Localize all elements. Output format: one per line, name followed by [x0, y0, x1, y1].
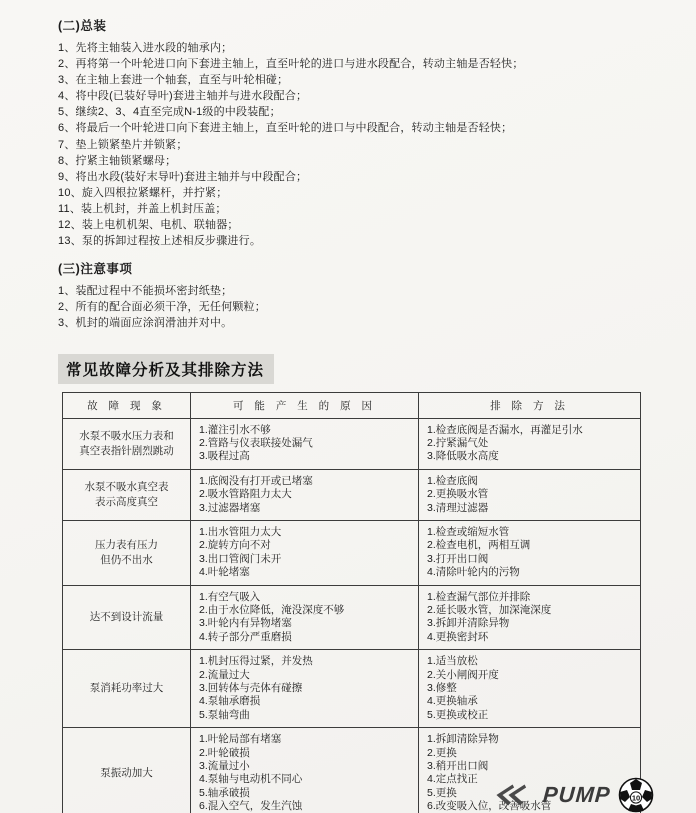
cell-remedies: 1.检查漏气部位并排除 2.延长吸水管，加深淹深度 3.拆卸并清除异物 4.更换…	[419, 585, 641, 650]
note-item: 3、机封的端面应涂润滑油并对中。	[58, 315, 646, 331]
brand-pump: PUMP	[543, 782, 612, 808]
cell-remedies: 1.检查或缩短水管 2.检查电机，两相互调 3.打开出口阀 4.清除叶轮内的污物	[419, 520, 641, 585]
section-notes: (三)注意事项 1、装配过程中不能损坏密封纸垫； 2、所有的配合面必须干净，无任…	[58, 259, 646, 331]
assembly-step: 4、将中段(已装好导叶)套进主轴并与进水段配合；	[58, 88, 646, 104]
table-row: 水泵不吸水真空表 表示高度真空 1.底阀没有打开或已堵塞 2.吸水管路阻力太大 …	[63, 469, 641, 520]
table-row: 达不到设计流量 1.有空气吸入 2.由于水位降低，淹没深度不够 3.叶轮内有异物…	[63, 585, 641, 650]
footer-logo: PUMP 10	[490, 777, 654, 813]
document-page: (二)总装 1、先将主轴装入进水段的轴承内； 2、再将第一个叶轮进口向下套进主轴…	[0, 0, 696, 813]
section-assembly: (二)总装 1、先将主轴装入进水段的轴承内； 2、再将第一个叶轮进口向下套进主轴…	[58, 16, 646, 249]
assembly-step: 9、将出水段(装好末导叶)套进主轴并与中段配合；	[58, 169, 646, 185]
cell-phenomenon: 压力表有压力 但仍不出水	[63, 520, 191, 585]
cell-phenomenon: 泵消耗功率过大	[63, 650, 191, 728]
cell-phenomenon: 泵振动加大	[63, 728, 191, 813]
assembly-step: 13、泵的拆卸过程按上述相反步骤进行。	[58, 233, 646, 249]
section-assembly-title: (二)总装	[58, 16, 646, 34]
assembly-step: 10、旋入四根拉紧螺杆，并拧紧；	[58, 185, 646, 201]
ball-number: 10	[632, 793, 640, 802]
header-causes: 可 能 产 生 的 原 因	[191, 392, 419, 418]
assembly-step: 5、继续2、3、4直至完成N-1级的中段装配；	[58, 104, 646, 120]
header-remedies: 排 除 方 法	[419, 392, 641, 418]
note-item: 1、装配过程中不能损坏密封纸垫；	[58, 283, 646, 299]
table-header-row: 故 障 现 象 可 能 产 生 的 原 因 排 除 方 法	[63, 392, 641, 418]
cell-phenomenon: 水泵不吸水真空表 表示高度真空	[63, 469, 191, 520]
double-chevron-left-icon	[490, 783, 536, 807]
assembly-step: 3、在主轴上套进一个轴套，直至与叶轮相碰；	[58, 72, 646, 88]
assembly-step: 2、再将第一个叶轮进口向下套进主轴上，直至叶轮的进口与进水段配合，转动主轴是否轻…	[58, 56, 646, 72]
cell-remedies: 1.检查底阀是否漏水，再灌足引水 2.拧紧漏气处 3.降低吸水高度	[419, 418, 641, 469]
assembly-step: 6、将最后一个叶轮进口向下套进主轴上，直至叶轮的进口与中段配合，转动主轴是否轻快…	[58, 120, 646, 136]
table-row: 泵消耗功率过大 1.机封压得过紧，并发热 2.流量过大 3.回转体与壳体有碰擦 …	[63, 650, 641, 728]
assembly-step: 8、拧紧主轴锁紧螺母；	[58, 153, 646, 169]
soccer-ball-icon: 10	[618, 777, 654, 813]
cell-phenomenon: 达不到设计流量	[63, 585, 191, 650]
cell-phenomenon: 水泵不吸水压力表和 真空表指针剧烈跳动	[63, 418, 191, 469]
note-item: 2、所有的配合面必须干净，无任何颗粒；	[58, 299, 646, 315]
cell-causes: 1.出水管阻力太大 2.旋转方向不对 3.出口管阀门未开 4.叶轮堵塞	[191, 520, 419, 585]
cell-causes: 1.机封压得过紧，并发热 2.流量过大 3.回转体与壳体有碰擦 4.泵轴承磨损 …	[191, 650, 419, 728]
cell-causes: 1.灌注引水不够 2.管路与仪表联接处漏气 3.吸程过高	[191, 418, 419, 469]
assembly-step: 7、垫上锁紧垫片并锁紧；	[58, 137, 646, 153]
cell-causes: 1.叶轮局部有堵塞 2.叶轮破损 3.流量过小 4.泵轴与电动机不同心 5.轴承…	[191, 728, 419, 813]
assembly-step: 1、先将主轴装入进水段的轴承内；	[58, 40, 646, 56]
fault-table-title: 常见故障分析及其排除方法	[58, 354, 274, 384]
cell-remedies: 1.适当放松 2.关小闸阀开度 3.修整 4.更换轴承 5.更换或校正	[419, 650, 641, 728]
section-notes-title: (三)注意事项	[58, 259, 646, 277]
page-content: (二)总装 1、先将主轴装入进水段的轴承内； 2、再将第一个叶轮进口向下套进主轴…	[0, 0, 696, 813]
header-phenomenon: 故 障 现 象	[63, 392, 191, 418]
assembly-step: 11、装上机封，并盖上机封压盖；	[58, 201, 646, 217]
cell-remedies: 1.检查底阀 2.更换吸水管 3.清理过滤器	[419, 469, 641, 520]
cell-causes: 1.有空气吸入 2.由于水位降低，淹没深度不够 3.叶轮内有异物堵塞 4.转子部…	[191, 585, 419, 650]
table-row: 水泵不吸水压力表和 真空表指针剧烈跳动 1.灌注引水不够 2.管路与仪表联接处漏…	[63, 418, 641, 469]
assembly-step: 12、装上电机机架、电机、联轴器；	[58, 217, 646, 233]
table-row: 压力表有压力 但仍不出水 1.出水管阻力太大 2.旋转方向不对 3.出口管阀门未…	[63, 520, 641, 585]
cell-causes: 1.底阀没有打开或已堵塞 2.吸水管路阻力太大 3.过滤器堵塞	[191, 469, 419, 520]
fault-table: 故 障 现 象 可 能 产 生 的 原 因 排 除 方 法 水泵不吸水压力表和 …	[62, 392, 641, 813]
